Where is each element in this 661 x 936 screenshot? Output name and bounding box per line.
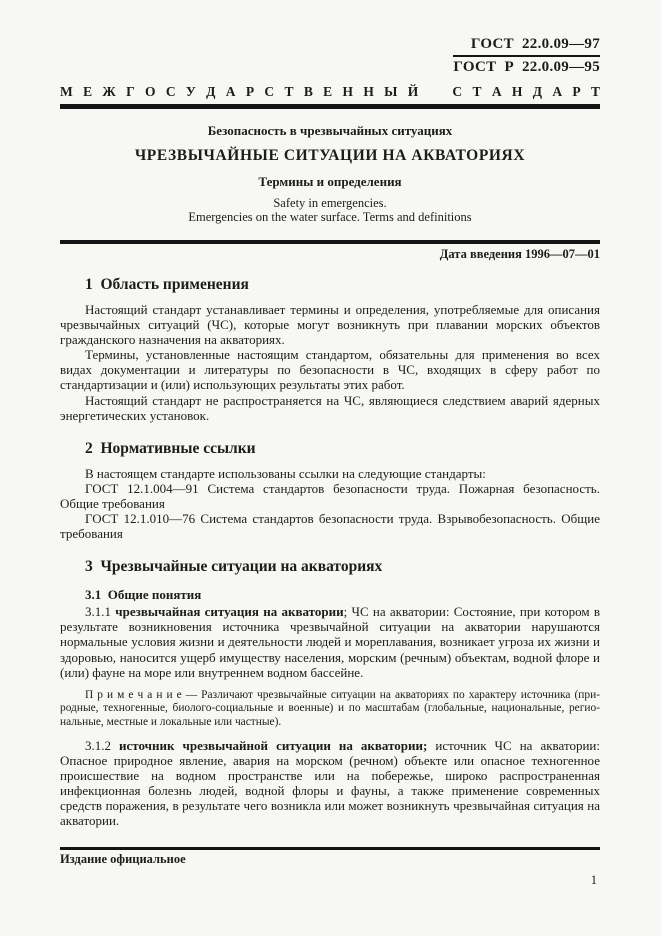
gost-code-primary: ГОСТ 22.0.09—97	[453, 36, 600, 57]
section-2-heading: 2 Нормативные ссылки	[85, 440, 600, 458]
title-subject: Безопасность в чрезвычайных ситуациях	[60, 123, 600, 138]
official-edition-label: Издание официальное	[60, 852, 600, 867]
title-subtitle: Термины и определения	[60, 174, 600, 189]
gost-code-block: ГОСТ 22.0.09—97 ГОСТ Р 22.0.09—95	[60, 36, 600, 76]
section-2-reference-1: ГОСТ 12.1.004—91 Система стандартов безо…	[60, 481, 600, 511]
title-block: Безопасность в чрезвычайных ситуациях ЧР…	[60, 123, 600, 224]
page-number: 1	[60, 873, 600, 888]
effective-date: Дата введения 1996—07—01	[60, 247, 600, 262]
title-main: ЧРЕЗВЫЧАЙНЫЕ СИТУАЦИИ НА АКВАТОРИЯХ	[60, 147, 600, 165]
section-2-paragraph-1: В настоящем стандарте использованы ссылк…	[60, 466, 600, 481]
document-page: ГОСТ 22.0.09—97 ГОСТ Р 22.0.09—95 М Е Ж …	[0, 0, 661, 936]
interstate-standard-banner: М Е Ж Г О С У Д А Р С Т В Е Н Н Ы Й С Т …	[60, 84, 600, 100]
section-1-paragraph-3: Настоящий стандарт не распространяется н…	[60, 393, 600, 423]
gost-code-secondary: ГОСТ Р 22.0.09—95	[453, 59, 600, 76]
term-entry-3-1-1: 3.1.1 чрезвычайная ситуация на акватории…	[60, 604, 600, 679]
section-3-1-subheading: 3.1 Общие понятия	[85, 587, 600, 602]
header-rule	[60, 104, 600, 109]
section-1-paragraph-2: Термины, установленные настоящим стандар…	[60, 347, 600, 392]
section-2-reference-2: ГОСТ 12.1.010—76 Система стандартов безо…	[60, 511, 600, 541]
term-3-1-2-name: источник чрезвычайной ситуации на аквато…	[119, 738, 427, 753]
footer-rule	[60, 847, 600, 850]
title-english-line1: Safety in emergencies.	[60, 196, 600, 210]
term-3-1-1-name: чрезвычайная ситуация на акватории	[115, 604, 343, 619]
title-english-line2: Emergencies on the water surface. Terms …	[60, 210, 600, 224]
section-3-heading: 3 Чрезвычайные ситуации на акваториях	[85, 558, 600, 576]
section-1-paragraph-1: Настоящий стандарт устанавливает термины…	[60, 302, 600, 347]
date-rule	[60, 240, 600, 244]
note-3-1-1: П р и м е ч а н и е — Различают чрезвыча…	[60, 689, 600, 729]
section-1-heading: 1 Область применения	[85, 276, 600, 294]
term-3-1-2-number: 3.1.2	[85, 738, 119, 753]
term-entry-3-1-2: 3.1.2 источник чрезвычайной ситуации на …	[60, 738, 600, 829]
gost-code-inner: ГОСТ 22.0.09—97 ГОСТ Р 22.0.09—95	[453, 36, 600, 76]
term-3-1-1-number: 3.1.1	[85, 604, 115, 619]
